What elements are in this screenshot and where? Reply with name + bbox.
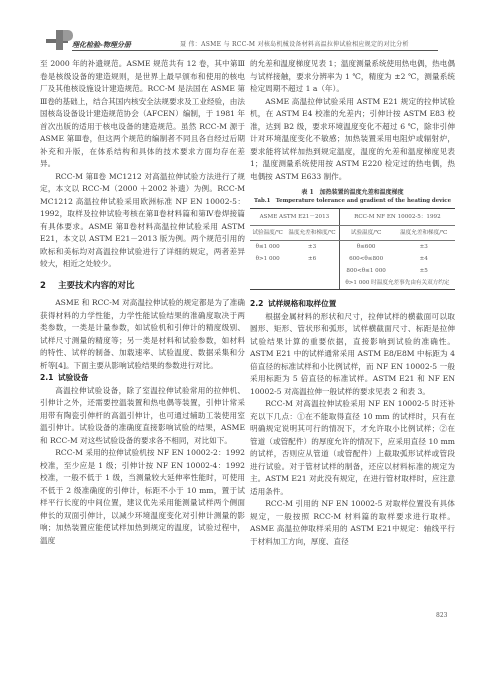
table-caption-cn: 表 1 加热装置的温度允差和温度梯度 xyxy=(250,188,455,197)
subsection-number: 2.1 xyxy=(40,372,58,385)
table-row: 800<θ≤1 000 ±5 xyxy=(250,265,455,277)
paragraph: ASME 高温拉伸试验采用 ASTM E21 规定的拉伸试验机，在 ASTM E… xyxy=(250,96,455,184)
running-title: 聂 伟：ASME 与 RCC-M 对核岛机械设备材料高温拉伸试验相应规定的对比分… xyxy=(180,39,409,48)
paragraph: ASME 和 RCC-M 对高温拉伸试验的规定都是为了准确获得材料的力学性能，力… xyxy=(40,297,245,372)
table-cell: 800<θ≤1 000 xyxy=(339,265,392,277)
table-cell: ±3 xyxy=(392,241,455,254)
table-cell: 600<θ≤800 xyxy=(339,253,392,265)
table-cell: θ≤1 000 xyxy=(250,241,285,254)
table-cell: ±4 xyxy=(392,253,455,265)
paragraph: RCC-M 采用的拉伸试验机按 NF EN 10002-2：1992 校准，至少… xyxy=(40,447,245,547)
paragraph: 根据金属材料的形状和尺寸，拉伸试样的横截面可以取圆形、矩形、管状形和弧形，试样横… xyxy=(250,311,455,399)
logo-stem-shape xyxy=(56,30,63,50)
table-cell xyxy=(285,265,339,277)
page-header: 理化检验-物理分册 聂 伟：ASME 与 RCC-M 对核岛机械设备材料高温拉伸… xyxy=(46,28,438,52)
table-cell-empty xyxy=(250,277,339,290)
table-caption-en: Tab.1 Temperature tolerance and gradient… xyxy=(250,197,455,206)
table-row: θ>1 000 ±6 600<θ≤800 ±4 xyxy=(250,253,455,265)
table-group-header-row: ASME ASTM E21－2013 RCC-M NF EN 10002-5：1… xyxy=(250,209,455,226)
left-column: 至 2000 年的补遗规范。ASME 规范共有 12 卷，其中第Ⅲ卷是核级设备的… xyxy=(40,58,245,547)
subsection-number: 2.2 xyxy=(250,298,268,311)
paragraph: 至 2000 年的补遗规范。ASME 规范共有 12 卷，其中第Ⅲ卷是核级设备的… xyxy=(40,58,245,171)
journal-logo: 理化检验-物理分册 xyxy=(46,28,156,52)
column-header: 温度允差和梯度/℃ xyxy=(285,226,339,241)
table-note: θ>1 000 时温度允差事先由有关双方约定 xyxy=(339,277,455,290)
group-header-rccm: RCC-M NF EN 10002-5：1992 xyxy=(339,209,455,226)
column-header: 试验温度/℃ xyxy=(250,226,285,241)
paragraph: RCC-M 引用的 NF EN 10002-5 对取样位置没有具体规定，一般按照… xyxy=(250,498,455,548)
table-row: θ≤1 000 ±3 θ≤600 ±3 xyxy=(250,241,455,254)
table-cell: ±3 xyxy=(285,241,339,254)
subsection-heading: 2.1试验设备 xyxy=(40,372,245,385)
paragraph: 的允差和温度梯度见表 1；温度测量系统使用热电偶，热电偶与试样接触，要求分辨率为… xyxy=(250,58,455,96)
group-header-asme: ASME ASTM E21－2013 xyxy=(250,209,339,226)
paragraph: RCC-M 第Ⅱ卷 MC1212 对高温拉伸试验方法进行了规定，本文以 RCC-… xyxy=(40,171,245,271)
table-note-row: θ>1 000 时温度允差事先由有关双方约定 xyxy=(250,277,455,290)
table-cell: θ≤600 xyxy=(339,241,392,254)
table-cell: θ>1 000 xyxy=(250,253,285,265)
subsection-title: 试验设备 xyxy=(58,373,88,382)
journal-brand: 理化检验-物理分册 xyxy=(72,40,131,50)
temperature-tolerance-table: ASME ASTM E21－2013 RCC-M NF EN 10002-5：1… xyxy=(250,208,455,290)
column-header: 试验温度/℃ xyxy=(339,226,392,241)
paragraph: 高温拉伸试验设备，除了室温拉伸试验常用的拉伸机、引伸计之外，还需要控温装置和热电… xyxy=(40,385,245,448)
table-cell: ±6 xyxy=(285,253,339,265)
table-cell: ±5 xyxy=(392,265,455,277)
table-cell xyxy=(250,265,285,277)
subsection-heading: 2.2试样规格和取样位置 xyxy=(250,298,455,311)
paragraph: RCC-M 对高温拉伸试验采用 NF EN 10002-5 时还补充以下几点：①… xyxy=(250,398,455,498)
header-rule xyxy=(72,50,438,51)
right-column: 的允差和温度梯度见表 1；温度测量系统使用热电偶，热电偶与试样接触，要求分辨率为… xyxy=(250,58,455,548)
page-number: 823 xyxy=(436,612,447,619)
subsection-title: 试样规格和取样位置 xyxy=(268,299,336,308)
section-title: 主要技术内容的对比 xyxy=(58,281,135,291)
section-heading: 2主要技术内容的对比 xyxy=(40,280,245,293)
table-sub-header-row: 试验温度/℃ 温度允差和梯度/℃ 试验温度/℃ 温度允差和梯度/℃ xyxy=(250,226,455,241)
column-header: 温度允差和梯度/℃ xyxy=(392,226,455,241)
section-number: 2 xyxy=(40,280,58,293)
